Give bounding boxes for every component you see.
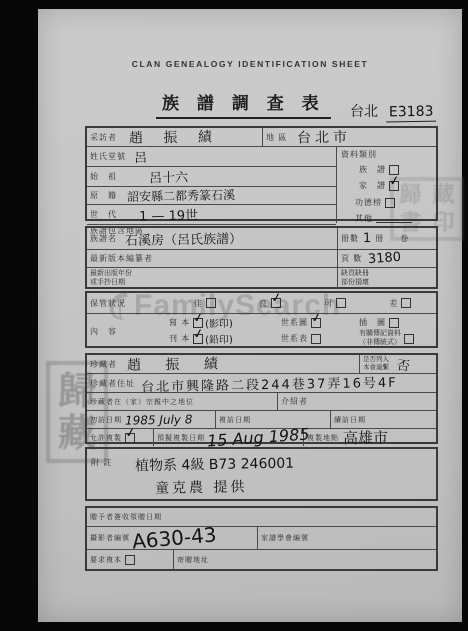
owner-address-value: 台北市興隆路二段244巷37弄16号4F	[141, 371, 398, 394]
interviewer-field: 采訪者 趙 振 績	[87, 128, 262, 146]
content-option-illustrations: 插 圖	[359, 317, 399, 328]
category-option-family-genealogy: 家 譜 ✓	[359, 180, 432, 191]
publication-date-label: 最新出版年份或手抄日期	[90, 270, 132, 288]
option-label: 家 譜	[359, 180, 386, 191]
checkmark: ✓	[270, 290, 283, 305]
copy-location-field: 複製地點 高雄市	[303, 429, 436, 446]
page-count-value: 3180	[368, 250, 402, 267]
condition-options: 佳 良✓ 可 差	[169, 298, 436, 309]
option-label: 族 譜	[359, 164, 386, 175]
condition-field: 保管狀況	[87, 298, 169, 309]
option-label: 可	[324, 298, 333, 309]
first-visit-value: 1985 July 8	[125, 412, 193, 427]
checkbox	[311, 334, 321, 344]
data-category-box: 資料類別 族 譜 家 譜 ✓ 功德榜 其他	[337, 147, 436, 223]
checkbox: ✓	[311, 318, 321, 328]
content-option-manuscript: 寫 本 ✓ (影印)	[169, 315, 281, 330]
checkmark: ✓	[388, 173, 401, 188]
checkbox: ✓	[271, 298, 281, 308]
missing-pages-label: 缺頁缺冊部份損壞	[341, 270, 369, 288]
publication-date-label-line2: 或手抄日期	[90, 279, 125, 286]
page-count-label: 頁 數	[341, 253, 362, 264]
surname-field: 姓氏堂號 呂	[87, 147, 336, 166]
second-visit-field: 複訪日期	[215, 411, 330, 428]
mailing-address-label: 寄贈地址	[177, 555, 209, 565]
listed-value: 否	[396, 354, 412, 375]
photographer-number-value: A630-43	[131, 522, 217, 553]
copy-request-label: 要求複本	[90, 555, 122, 565]
content-option-lineage-table: 世系表	[281, 333, 359, 344]
area-label: 地 區	[266, 132, 287, 143]
checkbox	[389, 318, 399, 328]
content-field: 內 容	[87, 314, 169, 348]
clan-position-label: 珍藏者在（家）宗親中之地位	[90, 397, 194, 407]
condition-option-poor: 差	[389, 298, 411, 309]
generations-field: 世 代 1 — 19世	[87, 204, 336, 224]
owner-label: 珍藏者	[90, 359, 117, 370]
option-label: 差	[389, 298, 398, 309]
listed-label-line1: 是否列入	[363, 356, 389, 363]
publication-date-field: 最新出版年份或手抄日期	[87, 268, 337, 289]
condition-option-good: 良✓	[259, 298, 281, 309]
option-label: 良	[259, 298, 268, 309]
option-label: 功德榜	[355, 197, 382, 208]
surname-value: 呂	[134, 147, 147, 166]
copy-request-field: 要求複本	[87, 550, 173, 569]
introducer-field: 介紹者	[277, 393, 436, 410]
origin-value: 詔安縣二都秀篆石溪	[127, 186, 235, 205]
identification-left-column: 姓氏堂號 呂 始 祖 呂十六 原 籍 詔安縣二都秀篆石溪 世 代 1 — 19世…	[87, 147, 337, 223]
option-label: 其他	[355, 213, 373, 224]
generations-label: 世 代	[90, 209, 117, 220]
society-number-field: 家譜學會編號	[257, 527, 436, 549]
category-option-merit-roll: 功德榜	[355, 197, 432, 208]
page-count-field: 頁 數 3180	[337, 250, 436, 267]
introducer-label: 介紹者	[281, 396, 308, 407]
volume-unit-ce: 冊	[375, 233, 384, 244]
owner-field: 珍藏者 趙 振 績	[87, 355, 359, 373]
area-value: 台北市	[297, 127, 351, 148]
region-annotation: 台北E3183	[350, 101, 436, 122]
missing-pages-field: 缺頁缺冊部份損壞	[337, 268, 436, 289]
section-owner-info: 珍藏者 趙 振 績 是否列入本會連繫 否 珍藏者住址 台北市興隆路二段244巷3…	[85, 353, 438, 444]
clan-position-field: 珍藏者在（家）宗親中之地位	[87, 393, 277, 410]
first-ancestor-field: 始 祖 呂十六	[87, 166, 336, 186]
planned-copy-date-field: 預擬複製日期 15 Aug 1985	[153, 429, 303, 446]
volume-count-value: 1	[363, 231, 372, 246]
page-title: 族 譜 調 查 表	[156, 89, 331, 119]
listed-label: 是否列入本會連繫	[363, 356, 389, 372]
checkbox	[404, 334, 414, 344]
checkbox	[385, 198, 395, 208]
volume-count-label: 冊數	[341, 233, 359, 244]
notes-label: 附 註	[91, 457, 112, 468]
printed-note: (鉛印)	[205, 331, 233, 346]
owner-value: 趙 振 績	[127, 353, 228, 375]
missing-pages-label-line1: 缺頁缺冊	[341, 270, 369, 277]
interviewer-label: 采訪者	[90, 132, 117, 143]
copy-location-label: 複製地點	[307, 433, 339, 443]
first-visit-field: 初訪日期 1985 July 8	[87, 411, 215, 428]
photographer-number-field: 攝影者編號 A630-43	[87, 527, 257, 549]
category-option-other: 其他	[355, 213, 432, 224]
condition-label: 保管狀況	[90, 298, 126, 309]
permit-copy-field: 允許複製 ✓	[87, 429, 153, 446]
genealogy-title-value: 石溪房（呂氏族譜）	[125, 228, 242, 249]
followup-visit-label: 續訪日期	[334, 415, 366, 425]
genealogy-title-field: 族譜名 石溪房（呂氏族譜）	[87, 228, 337, 249]
region-number: E3183	[386, 104, 437, 123]
first-ancestor-label: 始 祖	[90, 171, 117, 182]
generations-value: 1 — 19世	[139, 204, 198, 224]
origin-field: 原 籍 詔安縣二都秀篆石溪	[87, 186, 336, 204]
checkbox	[401, 298, 411, 308]
checkbox	[206, 298, 216, 308]
option-label: 世系表	[281, 333, 308, 344]
followup-visit-field: 續訪日期	[330, 411, 436, 428]
volume-count-field: 冊數 1 冊 卷	[337, 228, 436, 249]
missing-pages-label-line2: 部份損壞	[341, 279, 369, 286]
volume-unit-juan: 卷	[400, 233, 409, 244]
first-ancestor-value: 呂十六	[149, 167, 188, 187]
region-name: 台北	[350, 104, 378, 120]
interviewer-value: 趙 振 績	[129, 126, 220, 148]
society-number-label: 家譜學會編號	[261, 533, 309, 543]
section-processing: 贈予者簽收領贈日期 攝影者編號 A630-43 家譜學會編號 要求複本 寄贈地址	[85, 506, 438, 571]
biographical-label-line1: 有關傳記資料	[359, 330, 401, 337]
checkbox	[336, 298, 346, 308]
english-title: CLAN GENEALOGY IDENTIFICATION SHEET	[38, 59, 462, 69]
paper: CLAN GENEALOGY IDENTIFICATION SHEET 族 譜 …	[38, 9, 462, 622]
other-blank-line	[376, 214, 412, 223]
checkbox: ✓	[193, 334, 203, 344]
section-notes: 附 註 植物系 4級 B73 246001 童克農 提供	[85, 447, 438, 501]
condition-option-excellent: 佳	[194, 298, 216, 309]
content-label: 內 容	[90, 326, 117, 337]
biographical-label: 有關傳記資料（非傳統式）	[359, 330, 401, 348]
section-identification: 采訪者 趙 振 績 地 區 台北市 姓氏堂號 呂 始 祖 呂十六 原 籍	[85, 126, 438, 221]
compiler-field: 最新版本編纂者	[87, 250, 337, 267]
option-label: 寫 本	[169, 317, 190, 328]
listed-label-line2: 本會連繫	[363, 364, 389, 371]
biographical-label-line2: （非傳統式）	[359, 339, 401, 346]
notes-line1: 植物系 4級 B73 246001	[135, 453, 294, 476]
section-volume-info: 族譜名 石溪房（呂氏族譜） 冊數 1 冊 卷 最新版本編纂者 頁 數 3180 …	[85, 226, 438, 289]
donor-receipt-field: 贈予者簽收領贈日期	[87, 508, 436, 526]
planned-copy-date-label: 預擬複製日期	[157, 433, 205, 443]
option-label: 佳	[194, 298, 203, 309]
photographer-number-label: 攝影者編號	[90, 533, 130, 543]
scanned-genealogy-form: { "header": { "eng_title": "CLAN GENEALO…	[0, 0, 468, 631]
content-option-lineage-chart: 世系圖 ✓	[281, 317, 359, 328]
content-option-biographical: 有關傳記資料（非傳統式）	[359, 330, 414, 348]
area-field: 地 區 台北市	[262, 128, 436, 146]
copy-location-value: 高雄市	[343, 427, 388, 449]
second-visit-label: 複訪日期	[219, 415, 251, 425]
option-label: 插 圖	[359, 317, 386, 328]
origin-label: 原 籍	[90, 190, 117, 201]
checkbox	[125, 555, 135, 565]
checkmark: ✓	[124, 425, 137, 440]
publication-date-label-line1: 最新出版年份	[90, 270, 132, 277]
content-options: 寫 本 ✓ (影印) 世系圖 ✓ 插 圖 刊 本	[169, 314, 436, 348]
surname-label: 姓氏堂號	[90, 151, 126, 162]
notes-line2: 童克農 提供	[155, 476, 248, 498]
first-visit-label: 初訪日期	[90, 415, 122, 425]
permit-copy-label: 允許複製	[90, 433, 122, 443]
owner-address-field: 珍藏者住址 台北市興隆路二段244巷37弄16号4F	[87, 374, 436, 392]
option-label: 世系圖	[281, 317, 308, 328]
manuscript-note: (影印)	[205, 315, 233, 330]
compiler-label: 最新版本編纂者	[90, 253, 153, 264]
checkbox: ✓	[125, 433, 135, 443]
genealogy-title-label: 族譜名	[90, 233, 117, 244]
listed-field: 是否列入本會連繫 否	[359, 355, 436, 373]
checkbox: ✓	[389, 181, 399, 191]
condition-option-fair: 可	[324, 298, 346, 309]
data-category-label: 資料類別	[341, 149, 432, 160]
mailing-address-field: 寄贈地址	[173, 550, 436, 569]
owner-address-label: 珍藏者住址	[90, 378, 135, 389]
option-label: 刊 本	[169, 333, 190, 344]
donor-receipt-label: 贈予者簽收領贈日期	[90, 512, 162, 522]
content-option-printed: 刊 本 ✓ (鉛印)	[169, 331, 281, 346]
section-condition-content: 保管狀況 佳 良✓ 可 差 內 容 寫 本 ✓ (影印)	[85, 291, 438, 348]
checkmark: ✓	[310, 310, 323, 325]
